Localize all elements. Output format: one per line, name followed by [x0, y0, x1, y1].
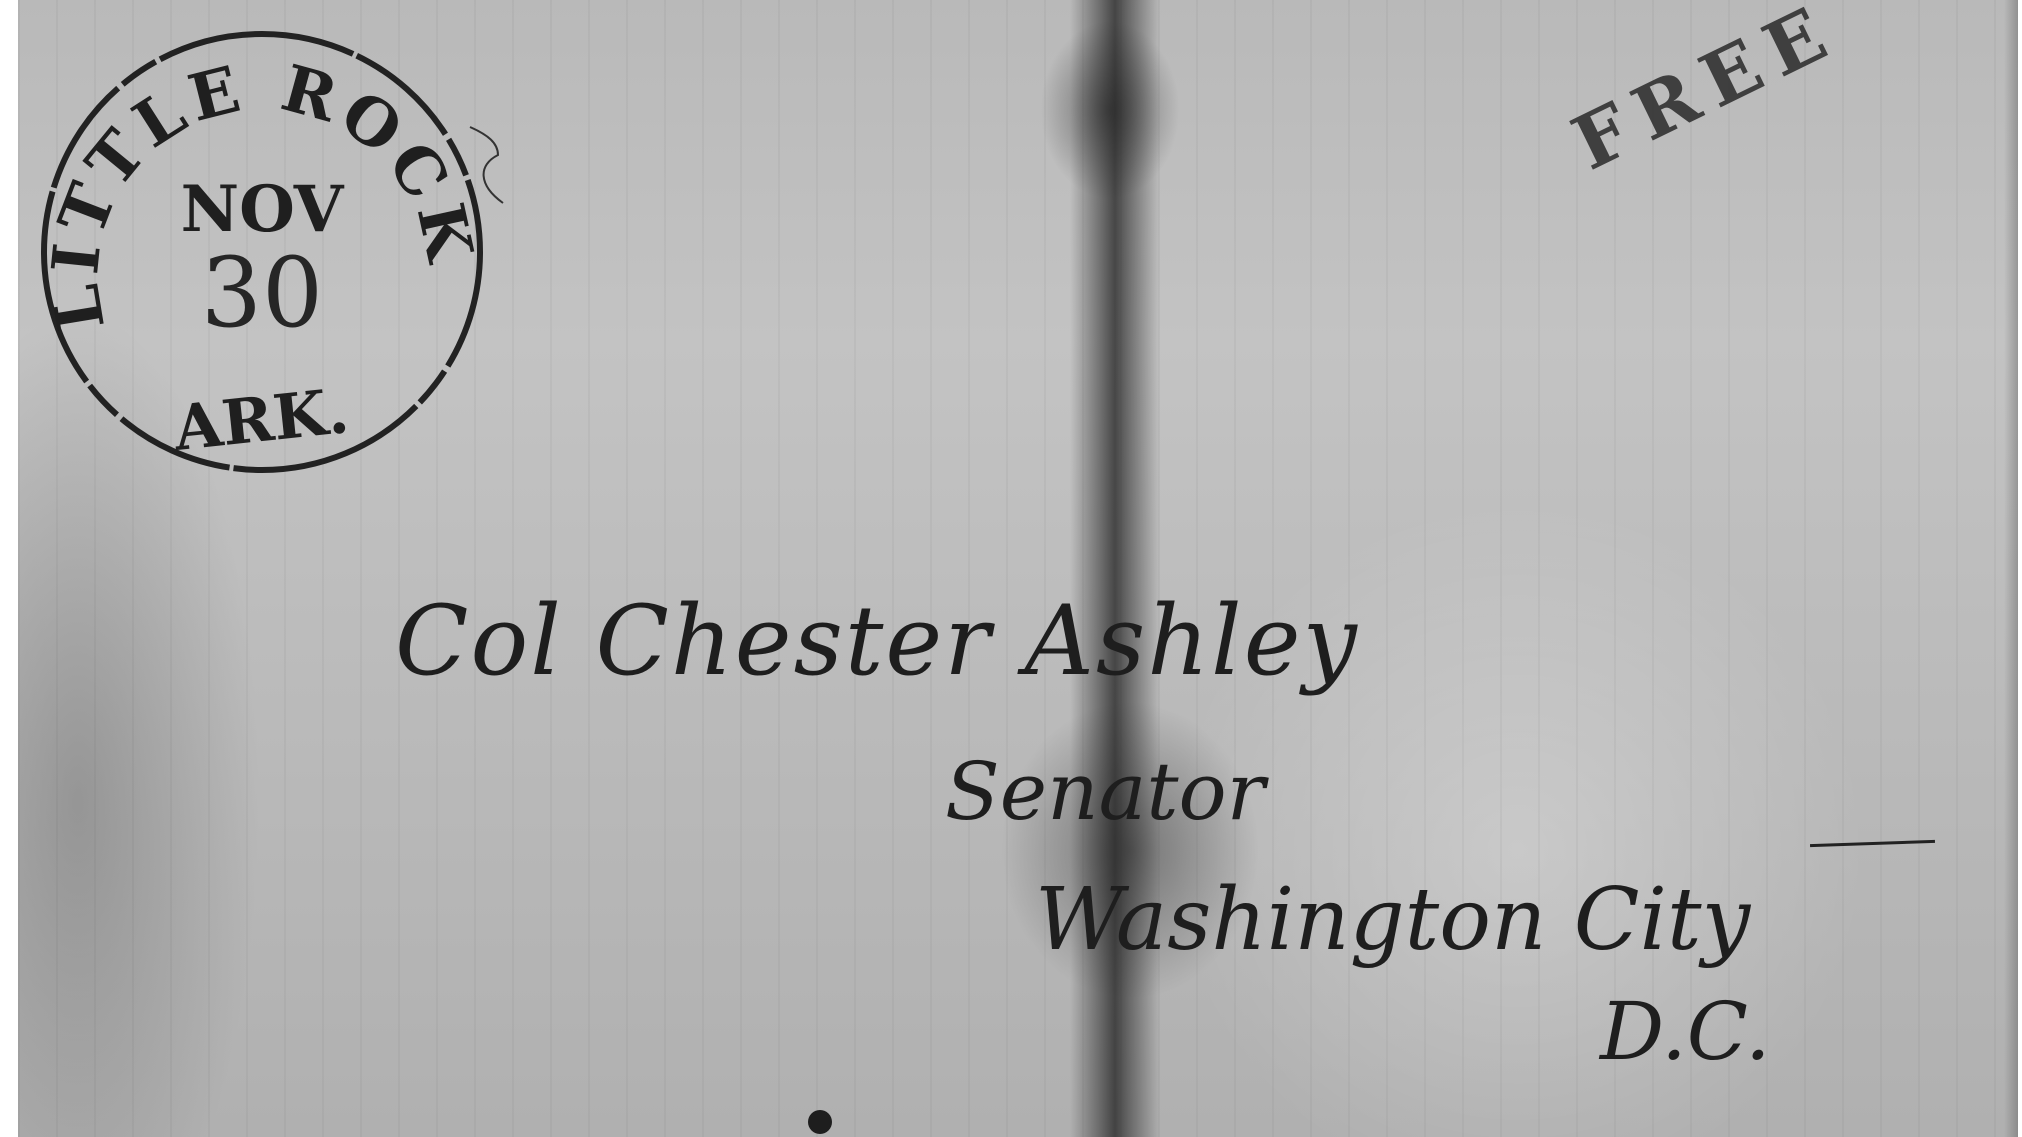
fold-stain	[1040, 20, 1180, 200]
ink-blot	[808, 1110, 832, 1134]
paper-tear	[468, 125, 508, 215]
postmark-state: ARK.	[169, 374, 352, 465]
address-title: Senator	[945, 745, 1265, 838]
postmark-circle: LITTLE ROCK NOV 30 ARK.	[36, 26, 488, 478]
postmark-month: NOV	[181, 172, 345, 247]
address-city: Washington City	[1035, 870, 1750, 970]
address-recipient: Col Chester Ashley	[395, 585, 1359, 697]
paper-edge-shadow	[2004, 0, 2018, 1137]
address-district: D.C.	[1600, 985, 1771, 1078]
postmark-day: 30	[201, 237, 323, 349]
